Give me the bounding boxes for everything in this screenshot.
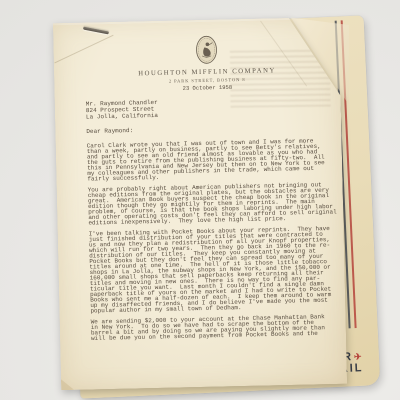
body-paragraph: Carol Clark wrote you that I was out of … <box>87 138 341 182</box>
recipient-address: Mr. Raymond Chandler824 Prospect StreetL… <box>86 95 339 120</box>
crease-line <box>54 35 113 64</box>
letter-page: HOUGHTON MIFFLIN COMPANY 2 PARK STREET, … <box>53 17 347 390</box>
letter-body: Mr. Raymond Chandler824 Prospect StreetL… <box>86 95 345 347</box>
recipient-line: La Jolla, California <box>86 112 158 121</box>
body-paragraph: You are probably right about American pu… <box>88 182 342 226</box>
salutation: Dear Raymond: <box>86 123 339 134</box>
body-paragraph: We are sending $2,000 to your account at… <box>91 314 344 342</box>
letter-wrap: HOUGHTON MIFFLIN COMPANY 2 PARK STREET, … <box>0 0 400 400</box>
dog-ear-corner <box>61 379 74 390</box>
body-paragraph: I've been talking with Pocket Books abou… <box>89 226 344 314</box>
photo-scene: AIR✈ MAIL <box>0 0 400 400</box>
houghton-mifflin-colophon-icon <box>195 35 218 65</box>
